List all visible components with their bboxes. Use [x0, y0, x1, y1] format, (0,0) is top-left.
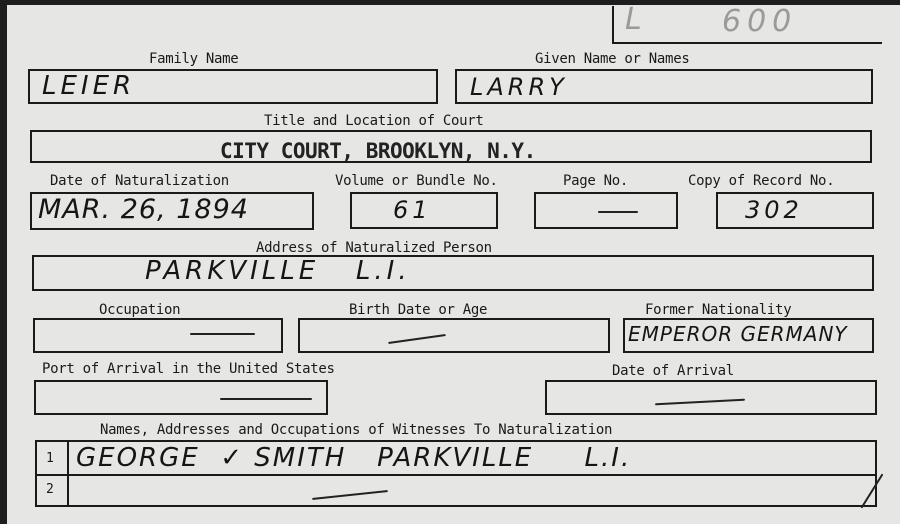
occupation-dash — [190, 333, 255, 335]
port-of-arrival-dash — [220, 398, 312, 400]
date-of-arrival-label: Date of Arrival — [612, 363, 734, 379]
witness-row-1-num: 1 — [46, 451, 54, 466]
address-value: PARKVILLE L.I. — [145, 256, 411, 286]
birth-date-label: Birth Date or Age — [349, 302, 487, 318]
witness-row-1-value: GEORGE ✓ SMITH PARKVILLE L.I. — [76, 443, 631, 473]
date-of-naturalization-value: MAR. 26, 1894 — [38, 194, 249, 225]
court-label: Title and Location of Court — [264, 113, 483, 129]
family-name-label: Family Name — [149, 51, 238, 67]
occupation-field — [33, 318, 283, 353]
page-dash — [598, 211, 638, 213]
copy-of-record-label: Copy of Record No. — [688, 173, 834, 189]
witnesses-label: Names, Addresses and Occupations of Witn… — [100, 422, 612, 438]
family-name-value: LEIER — [42, 71, 135, 101]
given-name-value: LARRY — [470, 73, 568, 101]
address-label: Address of Naturalized Person — [256, 240, 492, 256]
date-of-arrival-field — [545, 380, 877, 415]
witness-row-2-num: 2 — [46, 482, 54, 497]
former-nationality-label: Former Nationality — [645, 302, 791, 318]
given-name-label: Given Name or Names — [535, 51, 689, 67]
birth-date-field — [298, 318, 610, 353]
port-of-arrival-label: Port of Arrival in the United States — [42, 361, 335, 377]
former-nationality-value: EMPEROR GERMANY — [628, 322, 848, 346]
corner-note-letter: L — [625, 2, 648, 37]
occupation-label: Occupation — [99, 302, 180, 318]
volume-value: 61 — [393, 196, 432, 224]
witnesses-num-divider — [67, 440, 69, 507]
page-label: Page No. — [563, 173, 628, 189]
corner-note-number: 600 — [722, 4, 797, 39]
date-of-naturalization-label: Date of Naturalization — [50, 173, 229, 189]
witnesses-row-divider — [35, 474, 877, 476]
volume-label: Volume or Bundle No. — [335, 173, 498, 189]
copy-of-record-value: 302 — [745, 196, 803, 224]
court-value: CITY COURT, BROOKLYN, N.Y. — [220, 139, 536, 163]
